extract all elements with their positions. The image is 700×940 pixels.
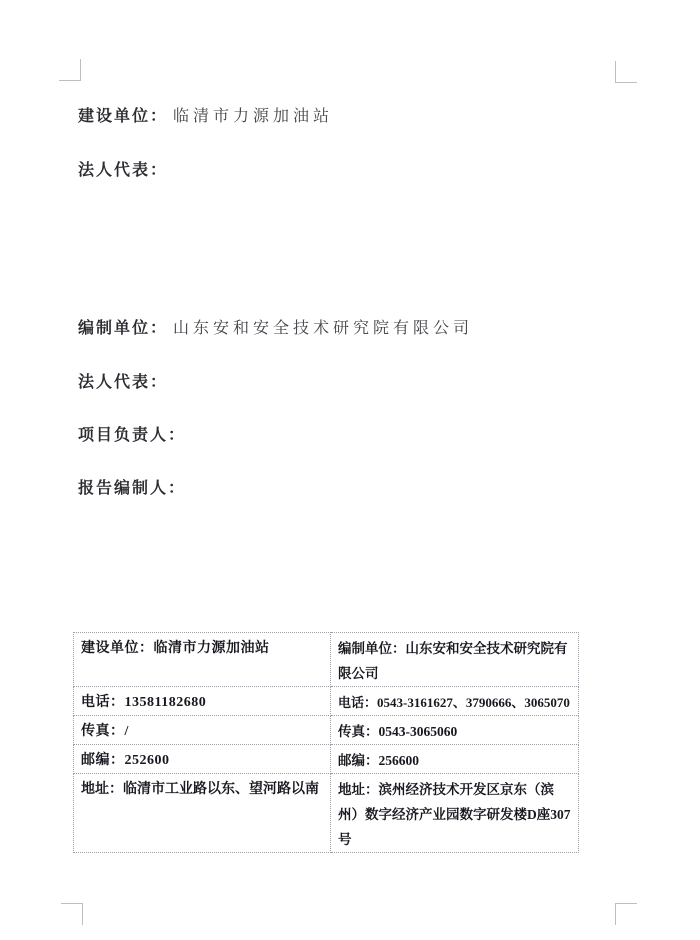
cell-value: 252600 (125, 753, 170, 768)
table-row: 地址：临清市工业路以东、望河路以南 地址：滨州经济技术开发区京东（滨州）数字经济… (74, 774, 579, 853)
cell-construction-unit: 建设单位：临清市力源加油站 (74, 633, 331, 687)
contact-table: 建设单位：临清市力源加油站 编制单位：山东安和安全技术研究院有限公司 电话：13… (73, 632, 579, 853)
cell-fax-left: 传真：/ (74, 716, 331, 745)
cell-value: 临清市力源加油站 (154, 641, 270, 656)
field-value: 山东安和安全技术研究院有限公司 (173, 320, 473, 337)
crop-mark-top-right (615, 61, 637, 83)
field-label: 报告编制人： (78, 480, 186, 497)
table-row: 建设单位：临清市力源加油站 编制单位：山东安和安全技术研究院有限公司 (74, 633, 579, 687)
field-value: 临清市力源加油站 (173, 108, 333, 125)
crop-mark-bottom-right (615, 903, 637, 925)
field-project-leader: 项目负责人： (78, 425, 191, 447)
cell-zip-left: 邮编：252600 (74, 745, 331, 774)
cell-value: 临清市工业路以东、望河路以南 (123, 782, 319, 797)
table-row: 传真：/ 传真：0543-3065060 (74, 716, 579, 745)
cell-value: 13581182680 (125, 695, 207, 710)
cell-phone-right: 电话：0543-3161627、3790666、3065070 (331, 687, 579, 716)
field-legal-representative-2: 法人代表： (78, 372, 173, 394)
cell-zip-right: 邮编：256600 (331, 745, 579, 774)
cell-value: 0543-3065060 (379, 724, 458, 739)
cell-address-right: 地址：滨州经济技术开发区京东（滨州）数字经济产业园数字研发楼D座307号 (331, 774, 579, 853)
cell-value: / (125, 724, 129, 739)
field-compiling-unit: 编制单位：山东安和安全技术研究院有限公司 (78, 318, 473, 340)
field-label: 法人代表： (78, 374, 168, 391)
cell-label: 建设单位： (81, 641, 154, 656)
cell-label: 邮编： (338, 753, 379, 768)
cell-label: 地址： (81, 782, 123, 797)
table-row: 电话：13581182680 电话：0543-3161627、3790666、3… (74, 687, 579, 716)
field-label: 法人代表： (78, 162, 168, 179)
cell-fax-right: 传真：0543-3065060 (331, 716, 579, 745)
crop-mark-top-left (59, 59, 81, 81)
table-row: 邮编：252600 邮编：256600 (74, 745, 579, 774)
field-label: 项目负责人： (78, 427, 186, 444)
cell-address-left: 地址：临清市工业路以东、望河路以南 (74, 774, 331, 853)
field-report-compiler: 报告编制人： (78, 478, 191, 500)
cell-label: 传真： (81, 724, 125, 739)
field-construction-unit: 建设单位：临清市力源加油站 (78, 106, 333, 128)
cell-label: 邮编： (81, 753, 125, 768)
crop-mark-bottom-left (61, 903, 83, 925)
cell-value: 0543-3161627、3790666、3065070 (377, 695, 570, 710)
cell-phone-left: 电话：13581182680 (74, 687, 331, 716)
cell-value: 256600 (379, 753, 420, 768)
cell-label: 地址： (338, 782, 379, 797)
cell-label: 传真： (338, 724, 379, 739)
field-label: 建设单位： (78, 108, 168, 125)
cell-label: 电话： (81, 695, 125, 710)
field-legal-representative-1: 法人代表： (78, 160, 173, 182)
field-label: 编制单位： (78, 320, 168, 337)
cell-label: 编制单位： (338, 641, 406, 656)
cell-compiling-unit: 编制单位：山东安和安全技术研究院有限公司 (331, 633, 579, 687)
document-page: 建设单位：临清市力源加油站 法人代表： 编制单位：山东安和安全技术研究院有限公司… (0, 0, 700, 940)
cell-label: 电话： (338, 695, 377, 710)
